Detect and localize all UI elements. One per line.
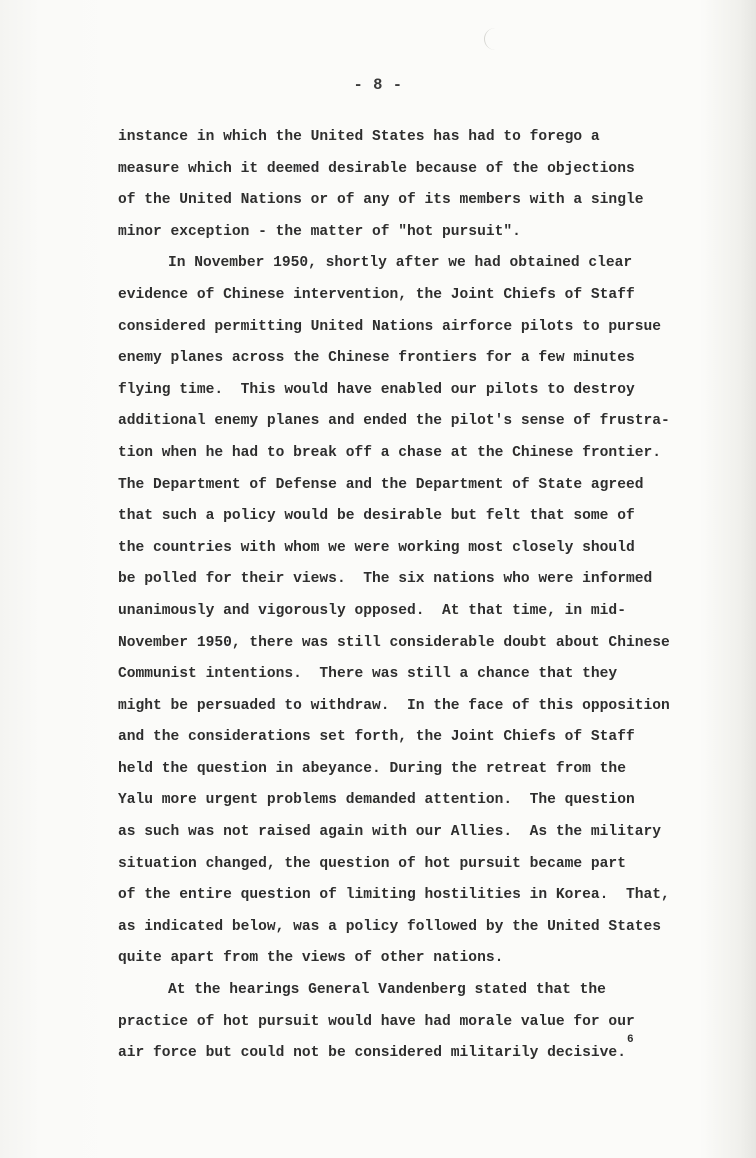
text-line: tion when he had to break off a chase at… xyxy=(118,438,756,470)
text-line: be polled for their views. The six natio… xyxy=(118,564,756,596)
text-line: additional enemy planes and ended the pi… xyxy=(118,406,756,438)
paragraph-1: instance in which the United States has … xyxy=(118,122,756,248)
text-line: might be persuaded to withdraw. In the f… xyxy=(118,691,756,723)
text-line: air force but could not be considered mi… xyxy=(118,1045,626,1061)
text-line: as such was not raised again with our Al… xyxy=(118,817,756,849)
text-line: Yalu more urgent problems demanded atten… xyxy=(118,785,756,817)
text-line: quite apart from the views of other nati… xyxy=(118,943,756,975)
text-line: considered permitting United Nations air… xyxy=(118,312,756,344)
text-line: instance in which the United States has … xyxy=(118,122,756,154)
text-line: of the entire question of limiting hosti… xyxy=(118,880,756,912)
margin-mark xyxy=(484,28,499,50)
text-line: evidence of Chinese intervention, the Jo… xyxy=(118,280,756,312)
body-text: instance in which the United States has … xyxy=(118,122,756,1070)
text-line: held the question in abeyance. During th… xyxy=(118,754,756,786)
text-line: At the hearings General Vandenberg state… xyxy=(118,975,756,1007)
text-line: November 1950, there was still considera… xyxy=(118,628,756,660)
text-line: minor exception - the matter of "hot pur… xyxy=(118,217,756,249)
text-line: practice of hot pursuit would have had m… xyxy=(118,1007,756,1039)
text-line: situation changed, the question of hot p… xyxy=(118,849,756,881)
text-line: unanimously and vigorously opposed. At t… xyxy=(118,596,756,628)
text-line: enemy planes across the Chinese frontier… xyxy=(118,343,756,375)
document-page: - 8 - instance in which the United State… xyxy=(0,0,756,1158)
text-line: and the considerations set forth, the Jo… xyxy=(118,722,756,754)
text-line: Communist intentions. There was still a … xyxy=(118,659,756,691)
text-line: as indicated below, was a policy followe… xyxy=(118,912,756,944)
text-line: that such a policy would be desirable bu… xyxy=(118,501,756,533)
paragraph-3: At the hearings General Vandenberg state… xyxy=(118,975,756,1070)
text-line: The Department of Defense and the Depart… xyxy=(118,470,756,502)
text-line: measure which it deemed desirable becaus… xyxy=(118,154,756,186)
text-line: flying time. This would have enabled our… xyxy=(118,375,756,407)
text-line: In November 1950, shortly after we had o… xyxy=(118,248,756,280)
paragraph-2: In November 1950, shortly after we had o… xyxy=(118,248,756,975)
footnote-reference: 6 xyxy=(627,1034,634,1046)
text-line: the countries with whom we were working … xyxy=(118,533,756,565)
page-number: - 8 - xyxy=(0,76,756,94)
text-line: of the United Nations or of any of its m… xyxy=(118,185,756,217)
text-line-with-footnote: air force but could not be considered mi… xyxy=(118,1038,756,1070)
